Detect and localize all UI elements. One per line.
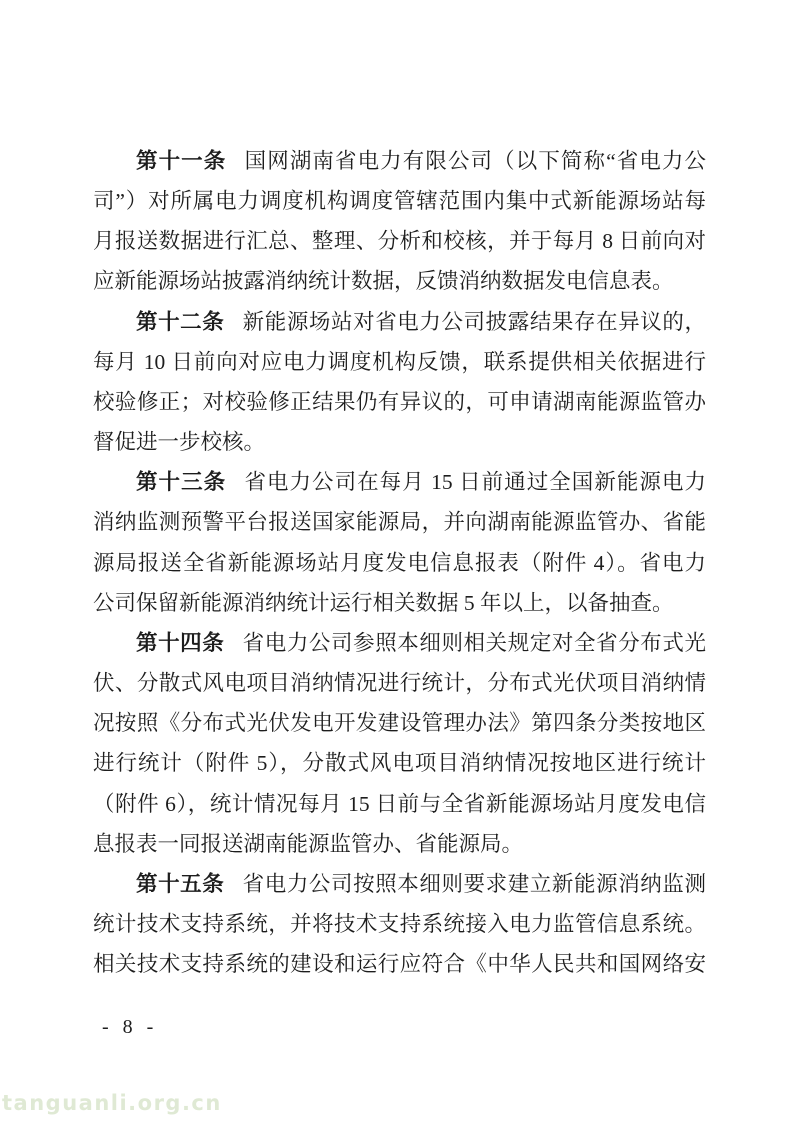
text-line: 月报送数据进行汇总、整理、分析和校核，并于每月 8 日前向对: [93, 221, 706, 261]
text-line: 统计技术支持系统，并将技术支持系统接入电力监管信息系统。: [93, 904, 706, 944]
clause-paragraph-14: 第十四条省电力公司参照本细则相关规定对全省分布式光 伏、分散式风电项目消纳情况进…: [93, 623, 706, 864]
clause-paragraph-15: 第十五条省电力公司按照本细则要求建立新能源消纳监测 统计技术支持系统，并将技术支…: [93, 864, 706, 984]
text-line: 第十二条新能源场站对省电力公司披露结果存在异议的，: [93, 302, 706, 342]
clause-paragraph-11: 第十一条国网湖南省电力有限公司（以下简称“省电力公 司”）对所属电力调度机构调度…: [93, 141, 706, 302]
clause-text: 省电力公司参照本细则相关规定对全省分布式光: [243, 631, 706, 655]
clause-number: 第十一条: [136, 149, 226, 173]
text-line: 第十五条省电力公司按照本细则要求建立新能源消纳监测: [93, 864, 706, 904]
clause-text: 省电力公司在每月 15 日前通过全国新能源电力: [244, 470, 706, 494]
text-line: 第十三条省电力公司在每月 15 日前通过全国新能源电力: [93, 462, 706, 502]
text-line: 第十一条国网湖南省电力有限公司（以下简称“省电力公: [93, 141, 706, 181]
page-number: - 8 -: [102, 1016, 154, 1039]
clause-text: 国网湖南省电力有限公司（以下简称“省电力公: [245, 149, 706, 173]
text-line: 相关技术支持系统的建设和运行应符合《中华人民共和国网络安: [93, 944, 706, 984]
text-line: 伏、分散式风电项目消纳情况进行统计，分布式光伏项目消纳情: [93, 663, 706, 703]
text-line: 校验修正；对校验修正结果仍有异议的，可申请湖南能源监管办: [93, 382, 706, 422]
document-body: 第十一条国网湖南省电力有限公司（以下简称“省电力公 司”）对所属电力调度机构调度…: [93, 141, 706, 984]
clause-text: 新能源场站对省电力公司披露结果存在异议的，: [243, 310, 706, 334]
text-line: 督促进一步校核。: [93, 422, 706, 462]
clause-number: 第十二条: [136, 310, 224, 334]
text-line: （附件 6），统计情况每月 15 日前与全省新能源场站月度发电信: [93, 784, 706, 824]
text-line: 第十四条省电力公司参照本细则相关规定对全省分布式光: [93, 623, 706, 663]
clause-number: 第十四条: [136, 631, 224, 655]
clause-text: 省电力公司按照本细则要求建立新能源消纳监测: [243, 872, 706, 896]
text-line: 每月 10 日前向对应电力调度机构反馈，联系提供相关依据进行: [93, 342, 706, 382]
clause-number: 第十三条: [136, 470, 226, 494]
text-line: 况按照《分布式光伏发电开发建设管理办法》第四条分类按地区: [93, 703, 706, 743]
text-line: 司”）对所属电力调度机构调度管辖范围内集中式新能源场站每: [93, 181, 706, 221]
text-line: 消纳监测预警平台报送国家能源局，并向湖南能源监管办、省能: [93, 502, 706, 542]
clause-paragraph-13: 第十三条省电力公司在每月 15 日前通过全国新能源电力 消纳监测预警平台报送国家…: [93, 462, 706, 623]
text-line: 进行统计（附件 5），分散式风电项目消纳情况按地区进行统计: [93, 743, 706, 783]
text-line: 息报表一同报送湖南能源监管办、省能源局。: [93, 824, 706, 864]
text-line: 应新能源场站披露消纳统计数据，反馈消纳数据发电信息表。: [93, 261, 706, 301]
document-page: 第十一条国网湖南省电力有限公司（以下简称“省电力公 司”）对所属电力调度机构调度…: [0, 0, 794, 1123]
text-line: 源局报送全省新能源场站月度发电信息报表（附件 4）。省电力: [93, 543, 706, 583]
clause-paragraph-12: 第十二条新能源场站对省电力公司披露结果存在异议的， 每月 10 日前向对应电力调…: [93, 302, 706, 463]
clause-number: 第十五条: [136, 872, 224, 896]
watermark: tanguanli.org.cn: [2, 1091, 222, 1115]
text-line: 公司保留新能源消纳统计运行相关数据 5 年以上，以备抽查。: [93, 583, 706, 623]
